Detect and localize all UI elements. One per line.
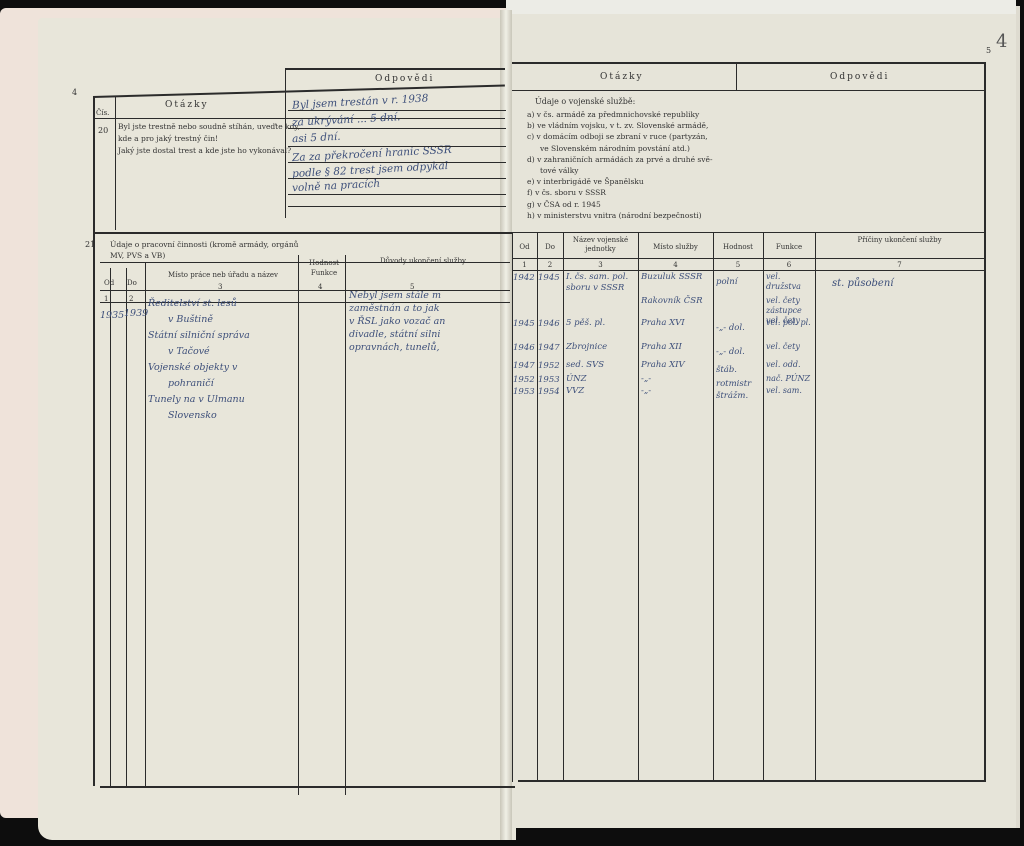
right-header-divider: [512, 90, 984, 91]
col-reason-label: Důvody ukončení služby: [380, 256, 466, 266]
row-place: Rakovník ČSR: [641, 296, 711, 307]
mil-col-line: [763, 232, 764, 780]
right-table-right: [984, 62, 986, 782]
row-function: vel. čety: [766, 342, 816, 352]
military-item: f) v čs. sboru v SSSR: [527, 188, 606, 198]
row-od: 1946: [513, 342, 535, 354]
right-page-number: 5: [986, 46, 991, 55]
mil-colnum-line: [512, 258, 984, 259]
row-place: Buzuluk SSSR: [641, 272, 711, 283]
row-od: 1952: [513, 374, 535, 386]
reason-line: Nebyl jsem stále m: [349, 290, 441, 302]
row-unit: 5 pěš. pl.: [566, 318, 636, 329]
mil-col-line-left: [512, 232, 513, 782]
stamp-number: 4: [996, 36, 1007, 48]
mil-column-header: Název vojenské jednotky: [563, 236, 638, 254]
col-reason-left: [345, 255, 346, 795]
row-rank: -„- dol.: [716, 346, 745, 358]
column-number: 2: [129, 294, 133, 304]
military-item: h) v ministerstvu vnitra (národní bezpeč…: [527, 211, 702, 221]
mil-body-top: [512, 270, 984, 271]
col-rank-left: [298, 255, 299, 795]
military-title: Údaje o vojenské službě:: [535, 97, 635, 107]
left-border: [93, 96, 95, 786]
place-line: Tunely na v Ulmanu: [148, 394, 245, 406]
right-table-top: [512, 62, 984, 64]
left-page-number: 4: [72, 88, 77, 97]
row-do: 1947: [538, 342, 560, 354]
col-od-left: [110, 268, 111, 788]
row-do: 1953: [538, 374, 560, 386]
question-line: Jaký jste dostal trest a kde jste ho vyk…: [118, 146, 291, 156]
question-line: Byl jste trestně nebo soudně stíhán, uve…: [118, 122, 300, 132]
row-od: 1953: [513, 386, 535, 398]
mil-col-line: [563, 232, 564, 780]
s21-colnum-line: [100, 290, 510, 291]
col-do-left: [126, 268, 127, 788]
number-header: Čís.: [96, 108, 109, 118]
section-divider: [93, 232, 513, 234]
book-spine: [500, 10, 512, 840]
place-line: Vojenské objekty v: [148, 362, 237, 374]
mil-column-number: 2: [537, 260, 563, 270]
mil-column-number: 3: [563, 260, 638, 270]
place-line: v Tačové: [168, 346, 210, 358]
mil-column-header: Funkce: [763, 243, 815, 252]
row-place: Praha XVI: [641, 318, 711, 329]
mil-table-top: [512, 232, 984, 233]
row-function: nač. PÚNZ: [766, 374, 816, 384]
col-place-label: Místo práce neb úřadu a název: [168, 270, 278, 280]
row-reason: st. působení: [832, 278, 893, 290]
row-function: vel. čety: [766, 296, 816, 306]
s21-bottom: [100, 786, 515, 788]
mil-column-number: 4: [638, 260, 713, 270]
mil-column-number: 7: [815, 260, 984, 270]
row-place: Praha XII: [641, 342, 711, 353]
questions-header: Otázky: [165, 100, 209, 110]
mil-col-line: [537, 232, 538, 780]
place-line: Ředitelství st. lesů: [148, 298, 237, 310]
row-function: vel. pol. pl.: [766, 318, 816, 328]
column-number: 4: [318, 282, 322, 292]
row-rank: štáb.: [716, 364, 737, 376]
right-header-split: [736, 62, 737, 90]
mil-column-header: Hodnost: [713, 243, 763, 252]
answer-rule: [288, 146, 506, 147]
row-function: vel. odd.: [766, 360, 816, 370]
answers-header-top: [285, 68, 505, 70]
answer-rule: [288, 128, 506, 129]
military-item: c) v domácím odboji se zbraní v ruce (pa…: [527, 132, 708, 142]
military-item: a) v čs. armádě za předmnichovské republ…: [527, 110, 699, 120]
mil-column-number: 6: [763, 260, 815, 270]
row-place: -„-: [641, 386, 711, 397]
row-place: -„-: [641, 374, 711, 385]
row-rank: -„- dol.: [716, 322, 745, 334]
mil-column-header: Od: [512, 243, 537, 252]
answer-col-line: [285, 68, 286, 218]
mil-table-bottom: [518, 780, 984, 782]
row-unit: sed. SVS: [566, 360, 636, 371]
row-rank: polní: [716, 276, 737, 288]
row-function: vel. sam.: [766, 386, 816, 396]
mil-column-header: Do: [537, 243, 563, 252]
answers-header: Odpovědi: [375, 74, 434, 84]
column-number: 3: [218, 282, 222, 292]
military-item: b) ve vládním vojsku, v t. zv. Slovenské…: [527, 121, 708, 131]
entry-do: 1939: [124, 308, 148, 320]
mil-column-number: 5: [713, 260, 763, 270]
answer-rule: [288, 110, 506, 111]
place-line: v Buštině: [168, 314, 213, 326]
mil-column-header: Místo služby: [638, 243, 713, 252]
place-line: Slovensko: [168, 410, 217, 422]
row-do: 1952: [538, 360, 560, 372]
section-title-line: Údaje o pracovní činnosti (kromě armády,…: [110, 240, 298, 250]
row-unit: ÚNZ: [566, 374, 636, 385]
entry-od: 1935: [100, 310, 124, 322]
answer-rule: [288, 162, 506, 163]
col-od-label: Od: [104, 278, 114, 288]
reason-line: zaměstnán a to jak: [349, 303, 440, 315]
row-unit: VVZ: [566, 386, 636, 397]
row-do: 1945: [538, 272, 560, 284]
place-line: Státní silniční správa: [148, 330, 250, 342]
question-number-20: 20: [98, 126, 108, 136]
row-od: 1945: [513, 318, 535, 330]
right-answers-header: Odpovědi: [830, 72, 889, 82]
answer-rule: [288, 178, 506, 179]
row-unit: I. čs. sam. pol. sboru v SSSR: [566, 272, 636, 294]
section-title-line: MV, PVS a VB): [110, 251, 165, 261]
answer-rule: [288, 206, 506, 207]
row-function: vel. družstva: [766, 272, 816, 292]
military-item: e) v interbrigádě ve Španělsku: [527, 177, 644, 187]
mil-col-line: [713, 232, 714, 780]
row-rank: štrážm.: [716, 390, 748, 402]
answer-rule: [288, 194, 506, 195]
col-do-label: Do: [127, 278, 137, 288]
question-line: kde a pro jaký trestný čin!: [118, 134, 218, 144]
military-item: g) v ČSA od r. 1945: [527, 200, 601, 210]
col-rank-label: Hodnost Funkce: [305, 258, 343, 278]
mil-col-line: [638, 232, 639, 780]
mil-column-number: 1: [512, 260, 537, 270]
reason-line: v ŘSL jako vozač an: [349, 316, 445, 328]
number-col-line: [115, 96, 116, 230]
col-place-left: [145, 262, 146, 788]
row-unit: Zbrojnice: [566, 342, 636, 353]
row-od: 1942: [513, 272, 535, 284]
row-do: 1954: [538, 386, 560, 398]
military-item: d) v zahraničních armádách za prvé a dru…: [527, 155, 712, 165]
row-do: 1946: [538, 318, 560, 330]
place-line: pohraničí: [168, 378, 214, 390]
reason-line: opravnách, tunelů,: [349, 342, 440, 354]
column-number: 1: [104, 294, 108, 304]
reason-line: divadle, státní silni: [349, 329, 440, 341]
military-item: ve Slovenském národním povstání atd.): [540, 144, 690, 154]
row-rank: rotmistr: [716, 378, 751, 390]
row-od: 1947: [513, 360, 535, 372]
military-item: tové války: [540, 166, 578, 176]
question-number-21: 21: [85, 240, 95, 250]
row-place: Praha XIV: [641, 360, 711, 371]
mil-column-header: Příčiny ukončení služby: [815, 236, 984, 245]
answer-line: asi 5 dní.: [292, 131, 341, 146]
right-questions-header: Otázky: [600, 72, 644, 82]
